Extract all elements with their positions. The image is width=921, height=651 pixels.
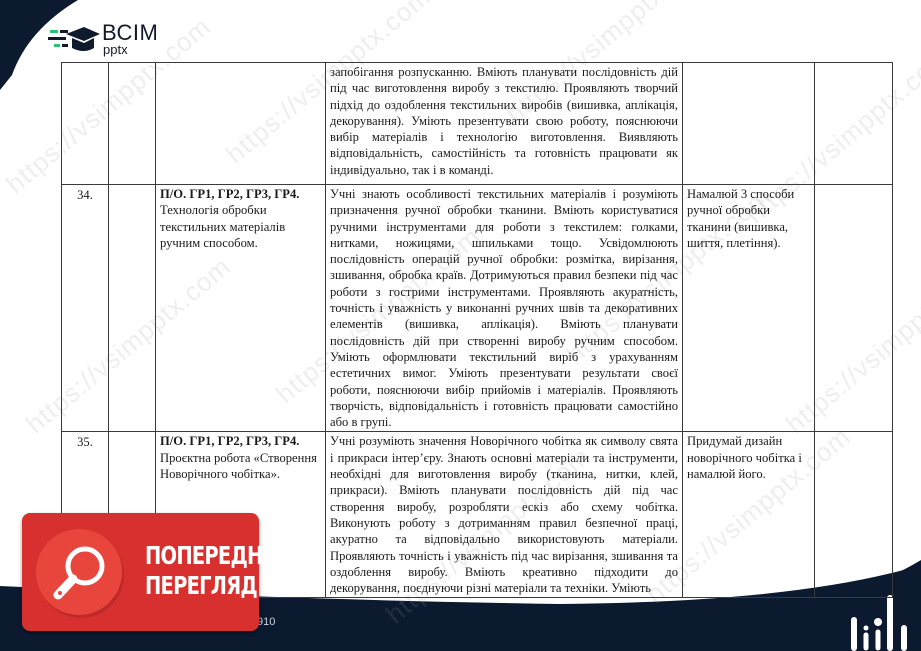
lesson-topic: П/О. ГР1, ГР2, ГР3, ГР4. Технологія обро… — [156, 185, 326, 432]
homework — [683, 63, 815, 185]
lesson-date — [109, 63, 156, 185]
table-row: запобігання розпусканню. Вміють плануват… — [62, 63, 893, 185]
topic-title: Проєктна робота «Створення Новорічного ч… — [160, 450, 321, 483]
note — [815, 63, 893, 185]
topic-groups: П/О. ГР1, ГР2, ГР3, ГР4. — [160, 434, 299, 448]
magnifier-circle — [36, 529, 122, 615]
preview-label-line2: ПЕРЕГЛЯД — [145, 571, 285, 601]
bars-decoration-icon — [848, 590, 918, 651]
preview-button[interactable]: ПОПЕРЕДНІЙ ПЕРЕГЛЯД — [22, 513, 259, 631]
logo-brand: ВСІМ — [102, 22, 158, 44]
preview-label-line1: ПОПЕРЕДНІЙ — [145, 541, 285, 571]
lesson-number — [62, 63, 109, 185]
lesson-date — [109, 185, 156, 432]
homework: Придумай дизайн новорічного чобітка і на… — [683, 432, 815, 598]
homework: Намалюй 3 способи ручної обробки тканини… — [683, 185, 815, 432]
topic-title: Технологія обробки текстильних матеріалі… — [160, 202, 321, 251]
learning-outcomes: Учні знають особливості текстильних мате… — [326, 185, 683, 432]
lesson-number: 34. — [62, 185, 109, 432]
topic-groups: П/О. ГР1, ГР2, ГР3, ГР4. — [160, 187, 299, 201]
magnifier-icon — [36, 529, 122, 615]
graduation-cap-icon — [48, 24, 100, 54]
logo: ВСІМ pptx — [48, 22, 158, 56]
lesson-topic — [156, 63, 326, 185]
learning-outcomes: Учні розуміють значення Новорічного чобі… — [326, 432, 683, 598]
note — [815, 432, 893, 598]
learning-outcomes: запобігання розпусканню. Вміють плануват… — [326, 63, 683, 185]
preview-label: ПОПЕРЕДНІЙ ПЕРЕГЛЯД — [145, 541, 285, 601]
table-row: 34. П/О. ГР1, ГР2, ГР3, ГР4. Технологія … — [62, 185, 893, 432]
footer-number: 910 — [257, 616, 275, 628]
note — [815, 185, 893, 432]
